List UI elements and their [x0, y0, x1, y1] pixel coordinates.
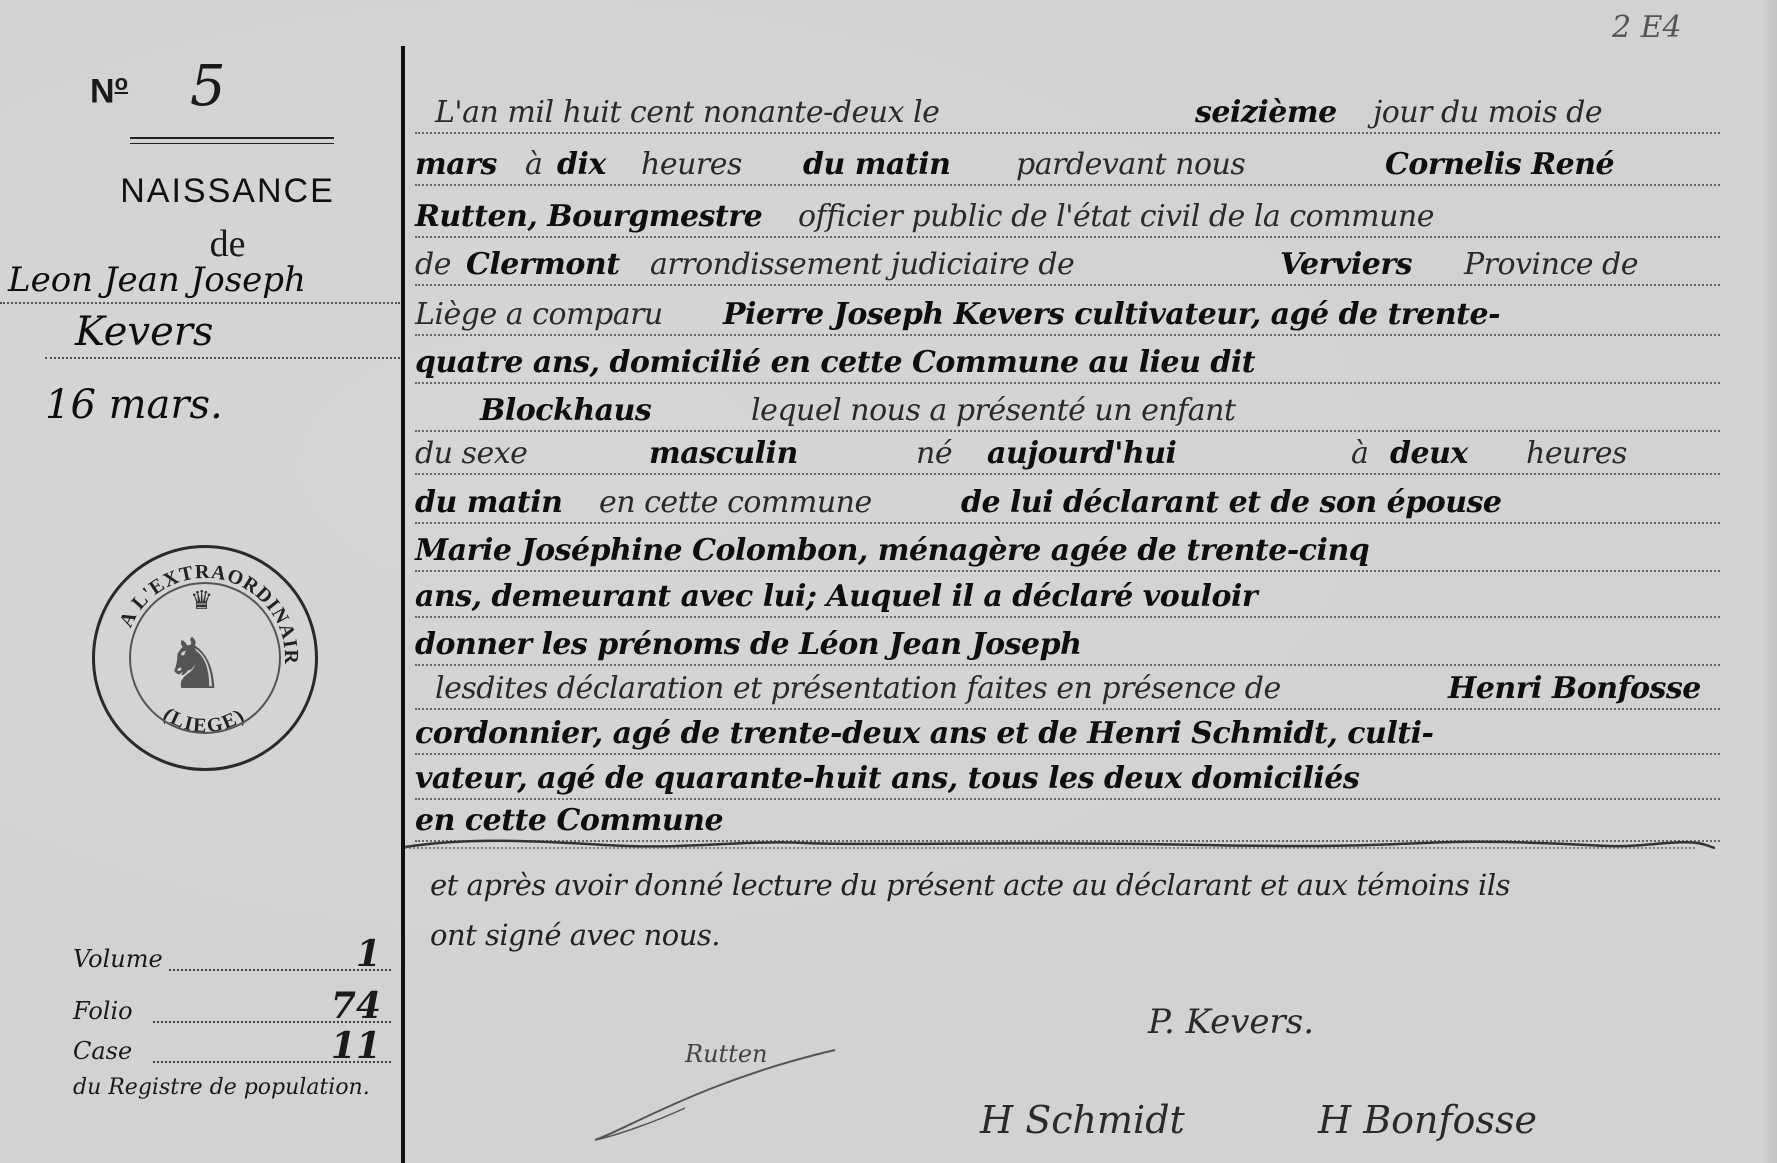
body-line: Liège a comparuPierre Joseph Kevers cult… [415, 286, 1720, 336]
witness-1-signature: H Schmidt [980, 1098, 1185, 1142]
handwritten-entry: ans, demeurant avec lui; Auquel il a déc… [415, 579, 1257, 614]
civil-register-page: 2 E4 No 5 NAISSANCE de Leon Jean Joseph … [0, 0, 1777, 1163]
handwritten-entry: Cornelis René [1385, 147, 1614, 182]
printed-text: pardevant nous [1016, 147, 1245, 182]
body-line: Rutten, Bourgmestreofficier public de l'… [415, 188, 1720, 238]
handwritten-entry: masculin [649, 436, 798, 471]
handwritten-entry: du matin [415, 485, 562, 520]
body-line: L'an mil huit cent nonante-deux le seizi… [415, 84, 1720, 134]
printed-text: lesdites déclaration et présentation fai… [435, 671, 1281, 706]
folio-pencil-mark: 2 E4 [1612, 10, 1682, 45]
printed-text: de [415, 247, 451, 282]
acte-number-value: 5 [190, 54, 226, 119]
handwritten-entry: dix [557, 147, 606, 182]
handwritten-entry: Rutten, Bourgmestre [415, 199, 762, 234]
body-line: du matinen cette communede lui déclarant… [415, 474, 1720, 524]
printed-text: du sexe [415, 436, 527, 471]
register-folio: Folio 74 [73, 997, 391, 1027]
handwritten-entry: mars [415, 147, 497, 182]
printed-text: heures [641, 147, 742, 182]
handwritten-entry: du matin [803, 147, 950, 182]
margin-name-line-1: Leon Jean Joseph [0, 258, 400, 304]
register-volume: Volume 1 [73, 945, 391, 975]
printed-text: jour du mois de [1373, 95, 1602, 130]
body-line: en cette Commune [415, 792, 1720, 842]
rampant-lion-icon: ♞ [163, 623, 226, 705]
printed-text: Province de [1464, 247, 1638, 282]
acte-number-label: No [90, 70, 128, 111]
handwritten-entry: vateur, agé de quarante-huit ans, tous l… [415, 761, 1359, 796]
printed-text: heures [1526, 436, 1627, 471]
printed-text: Liège a comparu [415, 297, 663, 332]
wavy-closing-rule [405, 838, 1715, 850]
printed-text: à [1351, 436, 1368, 471]
handwritten-entry: Clermont [466, 247, 620, 282]
double-rule-divider [130, 137, 334, 144]
handwritten-entry: Blockhaus [480, 393, 651, 428]
handwritten-entry: deux [1390, 436, 1468, 471]
printed-text: arrondissement judiciaire de [650, 247, 1074, 282]
officer-signature: Rutten [685, 1040, 767, 1068]
crown-icon: ♛ [190, 586, 213, 616]
witness-2-signature: H Bonfosse [1318, 1098, 1537, 1142]
printed-text: lequel nous a présenté un enfant [751, 393, 1236, 428]
body-line: Marie Joséphine Colombon, ménagère agée … [415, 522, 1720, 572]
body-line: ans, demeurant avec lui; Auquel il a déc… [415, 568, 1720, 618]
record-type-title: NAISSANCE [95, 172, 360, 211]
margin-name-line-2: Kevers [45, 313, 400, 359]
margin-date-line: 16 mars. [45, 386, 400, 430]
closing-line-1: et après avoir donné lecture du présent … [430, 868, 1510, 902]
body-line: quatre ans, domicilié en cette Commune a… [415, 334, 1720, 384]
handwritten-entry: de lui déclarant et de son épouse [961, 485, 1502, 520]
declarant-signature: P. Kevers. [1148, 1002, 1314, 1042]
body-line: marsàdixheuresdu matinpardevant nousCorn… [415, 136, 1720, 186]
printed-text: L'an mil huit cent nonante-deux le [435, 95, 939, 130]
handwritten-entry: Pierre Joseph Kevers cultivateur, agé de… [723, 297, 1500, 332]
handwritten-entry: Verviers [1280, 247, 1412, 282]
printed-text: officier public de l'état civil de la co… [798, 199, 1434, 234]
handwritten-entry: Marie Joséphine Colombon, ménagère agée … [415, 533, 1369, 568]
margin-vertical-rule [401, 46, 405, 1163]
register-case: Case 11 [73, 1037, 391, 1067]
body-line: cordonnier, agé de trente-deux ans et de… [415, 705, 1720, 755]
printed-text: en cette commune [599, 485, 872, 520]
acte-number: No 5 [90, 62, 330, 122]
register-footer: du Registre de population. [73, 1075, 370, 1100]
body-line: du sexemasculinnéaujourd'huiàdeuxheures [415, 425, 1720, 475]
handwritten-entry: Henri Bonfosse [1448, 671, 1701, 706]
handwritten-entry: quatre ans, domicilié en cette Commune a… [415, 345, 1255, 380]
handwritten-entry: en cette Commune [415, 803, 723, 838]
handwritten-entry: cordonnier, agé de trente-deux ans et de… [415, 716, 1433, 751]
handwritten-entry: aujourd'hui [987, 436, 1176, 471]
closing-line-2: ont signé avec nous. [430, 918, 720, 952]
body-line: lesdites déclaration et présentation fai… [415, 660, 1720, 710]
body-line: deClermontarrondissement judiciaire deVe… [415, 236, 1720, 286]
printed-text: né [916, 436, 952, 471]
handwritten-entry: seizième [1195, 95, 1337, 130]
body-line: donner les prénoms de Léon Jean Joseph [415, 616, 1720, 666]
page-edge [1763, 0, 1777, 1163]
official-seal-stamp: A L'EXTRAORDINAIRE (LIEGE) ♛ ♞ [92, 545, 318, 771]
handwritten-entry: donner les prénoms de Léon Jean Joseph [415, 627, 1081, 662]
printed-text: à [525, 147, 542, 182]
